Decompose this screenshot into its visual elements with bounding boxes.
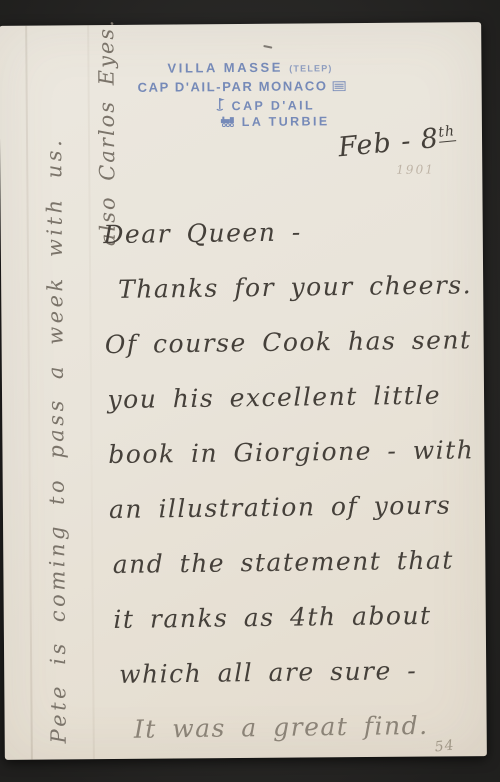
letterhead-telep-note: (TELEP) <box>289 63 332 73</box>
letter-paper: VILLA MASSE (TELEP) CAP D'AIL-PAR MONACO <box>0 22 487 760</box>
handwritten-line-closing: It was a great find. <box>110 710 486 770</box>
locomotive-icon <box>220 115 242 129</box>
margin-note-pete: Pete is coming to pass a week with us. <box>41 23 73 743</box>
paper-crease <box>87 25 95 759</box>
flag-icon <box>216 99 232 113</box>
letterhead-stamp: VILLA MASSE (TELEP) CAP D'AIL-PAR MONACO <box>137 59 388 130</box>
paper-crease <box>25 26 33 760</box>
letterhead-line-3: CAP D'AIL <box>216 96 388 113</box>
handwritten-line: book in Giorgione - with <box>106 435 482 495</box>
handwritten-line-salutation: Dear Queen - <box>103 215 479 275</box>
letter-body: Dear Queen - Thanks for your cheers. Of … <box>103 215 485 770</box>
postal-mark-icon <box>333 78 346 93</box>
letterhead-line-2: CAP D'AIL-PAR MONACO <box>138 78 388 95</box>
handwritten-line: an illustration of yours <box>107 490 483 550</box>
handwritten-line: it ranks as 4th about <box>108 600 484 660</box>
handwritten-line: and the statement that <box>108 545 484 605</box>
handwritten-line: you his excellent little <box>105 380 481 440</box>
penciled-year: 1901 <box>396 162 435 176</box>
handwritten-line: which all are sure - <box>109 655 485 715</box>
page-number: 54 <box>434 737 456 755</box>
letterhead-line-1: VILLA MASSE (TELEP) <box>167 59 387 76</box>
margin-note-carlos: also Carlos Eyes. <box>94 14 122 246</box>
handwritten-line: Of course Cook has sent <box>105 325 481 385</box>
photo-backdrop: VILLA MASSE (TELEP) CAP D'AIL-PAR MONACO <box>0 0 500 782</box>
date-ordinal-suffix: th <box>438 123 456 143</box>
letterhead-line-4: LA TURBIE <box>220 114 388 129</box>
handwritten-line: Thanks for your cheers. <box>104 270 480 330</box>
ink-speck <box>263 45 272 49</box>
letterhead-villa-name: VILLA MASSE <box>167 60 283 76</box>
